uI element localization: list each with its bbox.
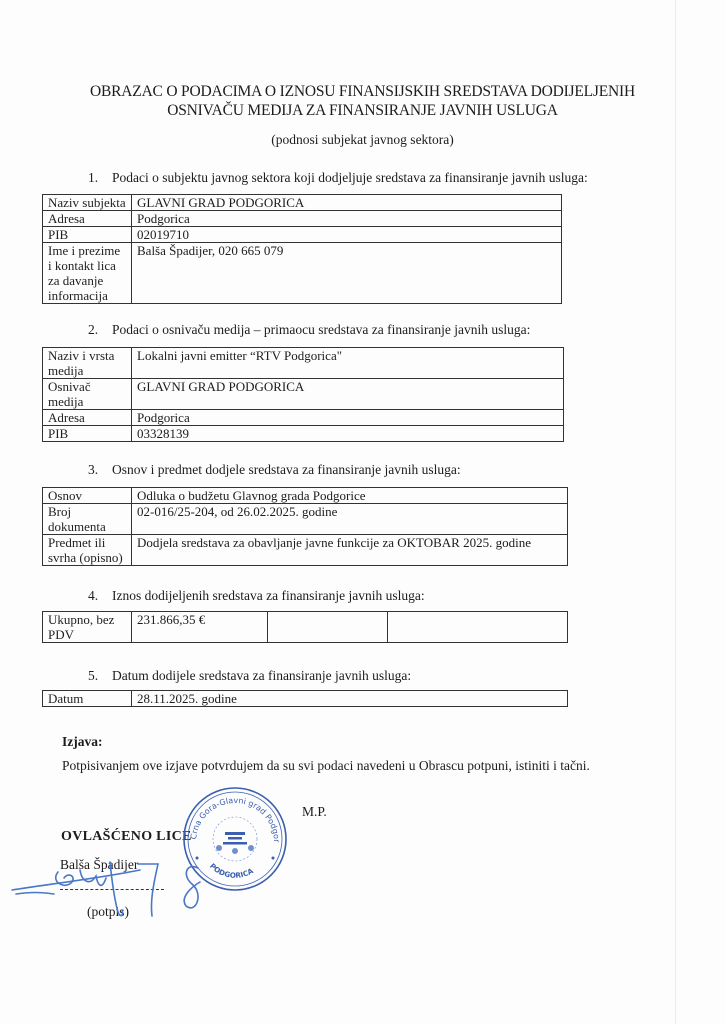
cell-empty: [268, 612, 388, 643]
cell-label: Ime i prezime i kontakt lica za davanje …: [43, 243, 132, 304]
table-date: Datum 28.11.2025. godine: [42, 690, 568, 707]
table-row: Ime i prezime i kontakt lica za davanje …: [43, 243, 562, 304]
table-amount: Ukupno, bez PDV 231.866,35 €: [42, 611, 568, 643]
cell-label: Adresa: [43, 211, 132, 227]
cell-label: Ukupno, bez PDV: [43, 612, 132, 643]
cell-value: Odluka o budžetu Glavnog grada Podgorice: [132, 488, 568, 504]
table-row: Osnivač medija GLAVNI GRAD PODGORICA: [43, 379, 564, 410]
cell-value: Balša Špadijer, 020 665 079: [132, 243, 562, 304]
cell-value: 28.11.2025. godine: [132, 691, 568, 707]
table-row: PIB 02019710: [43, 227, 562, 243]
cell-value: Podgorica: [132, 211, 562, 227]
table-row: Naziv subjekta GLAVNI GRAD PODGORICA: [43, 195, 562, 211]
cell-label: Predmet ili svrha (opisno): [43, 535, 132, 566]
cell-label: PIB: [43, 426, 132, 442]
cell-value: 02-016/25-204, od 26.02.2025. godine: [132, 504, 568, 535]
cell-value: Podgorica: [132, 410, 564, 426]
table-row: PIB 03328139: [43, 426, 564, 442]
cell-label: Datum: [43, 691, 132, 707]
cell-value: 231.866,35 €: [132, 612, 268, 643]
table-basis: Osnov Odluka o budžetu Glavnog grada Pod…: [42, 487, 568, 566]
document-title: OBRAZAC O PODACIMA O IZNOSU FINANSIJSKIH…: [0, 82, 725, 120]
table-row: Broj dokumenta 02-016/25-204, od 26.02.2…: [43, 504, 568, 535]
cell-value: GLAVNI GRAD PODGORICA: [132, 195, 562, 211]
table-row: Naziv i vrsta medija Lokalni javni emitt…: [43, 348, 564, 379]
cell-value: 02019710: [132, 227, 562, 243]
table-row: Adresa Podgorica: [43, 410, 564, 426]
cell-label: PIB: [43, 227, 132, 243]
cell-label: Osnivač medija: [43, 379, 132, 410]
mp-label: M.P.: [302, 804, 327, 820]
cell-label: Adresa: [43, 410, 132, 426]
document-subtitle: (podnosi subjekat javnog sektora): [0, 132, 725, 148]
cell-label: Osnov: [43, 488, 132, 504]
section-1-heading: 1.Podaci o subjektu javnog sektora koji …: [88, 170, 588, 186]
table-row: Osnov Odluka o budžetu Glavnog grada Pod…: [43, 488, 568, 504]
cell-value: Lokalni javni emitter “RTV Podgorica": [132, 348, 564, 379]
cell-label: Broj dokumenta: [43, 504, 132, 535]
cell-label: Naziv i vrsta medija: [43, 348, 132, 379]
table-row: Predmet ili svrha (opisno) Dodjela sreds…: [43, 535, 568, 566]
declaration-text: Potpisivanjem ove izjave potvrdujem da s…: [62, 758, 590, 774]
cell-value: GLAVNI GRAD PODGORICA: [132, 379, 564, 410]
section-3-heading: 3.Osnov i predmet dodjele sredstava za f…: [88, 462, 461, 478]
section-4-heading: 4.Iznos dodijeljenih sredstava za finans…: [88, 588, 425, 604]
handwritten-signature-icon: [10, 842, 230, 932]
table-row: Ukupno, bez PDV 231.866,35 €: [43, 612, 568, 643]
cell-label: Naziv subjekta: [43, 195, 132, 211]
table-media-founder: Naziv i vrsta medija Lokalni javni emitt…: [42, 347, 564, 442]
table-row: Adresa Podgorica: [43, 211, 562, 227]
section-5-heading: 5.Datum dodijele sredstava za finansiran…: [88, 668, 411, 684]
cell-empty: [388, 612, 568, 643]
declaration-heading: Izjava:: [62, 734, 103, 750]
cell-value: Dodjela sredstava za obavljanje javne fu…: [132, 535, 568, 566]
section-2-heading: 2.Podaci o osnivaču medija – primaocu sr…: [88, 322, 530, 338]
table-row: Datum 28.11.2025. godine: [43, 691, 568, 707]
table-issuer: Naziv subjekta GLAVNI GRAD PODGORICA Adr…: [42, 194, 562, 304]
scan-artifact-line: [675, 0, 676, 1024]
cell-value: 03328139: [132, 426, 564, 442]
